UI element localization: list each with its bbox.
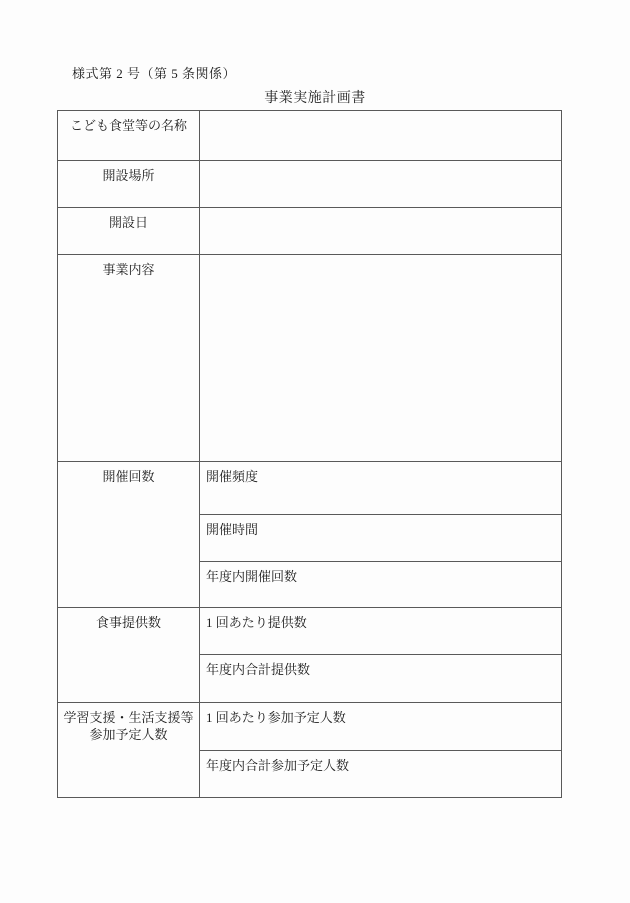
field-name-value	[200, 111, 562, 161]
sub-label-session-time: 開催時間	[200, 515, 562, 562]
sub-label-per-session-meals: 1 回あたり提供数	[200, 608, 562, 655]
form-number: 様式第 2 号（第 5 条関係）	[72, 63, 236, 82]
page-title: 事業実施計画書	[0, 87, 630, 107]
field-business-content-value	[200, 255, 562, 462]
table-row: 開設場所	[58, 161, 562, 208]
table-row: 学習支援・生活支援等 参加予定人数 1 回あたり参加予定人数	[58, 703, 562, 751]
table-row: こども食堂等の名称	[58, 111, 562, 161]
row-label-business-content: 事業内容	[58, 255, 200, 462]
row-label-name: こども食堂等の名称	[58, 111, 200, 161]
row-label-location: 開設場所	[58, 161, 200, 208]
field-location-value	[200, 161, 562, 208]
field-opening-date-value	[200, 208, 562, 255]
table-row: 事業内容	[58, 255, 562, 462]
table-row: 食事提供数 1 回あたり提供数	[58, 608, 562, 655]
table-row: 開催回数 開催頻度	[58, 462, 562, 515]
sub-label-annual-total-participants: 年度内合計参加予定人数	[200, 751, 562, 798]
sub-label-annual-sessions: 年度内開催回数	[200, 562, 562, 608]
plan-table: こども食堂等の名称 開設場所 開設日 事業内容 開催回数 開催頻度 開催時間 年…	[57, 110, 562, 798]
row-label-support-participants-line1: 学習支援・生活支援等	[61, 709, 196, 726]
row-label-opening-date: 開設日	[58, 208, 200, 255]
table-row: 開設日	[58, 208, 562, 255]
row-label-support-participants: 学習支援・生活支援等 参加予定人数	[58, 703, 200, 798]
sub-label-annual-total-meals: 年度内合計提供数	[200, 655, 562, 703]
sub-label-per-session-participants: 1 回あたり参加予定人数	[200, 703, 562, 751]
row-label-support-participants-line2: 参加予定人数	[61, 726, 196, 743]
row-label-meals-served: 食事提供数	[58, 608, 200, 703]
sub-label-frequency: 開催頻度	[200, 462, 562, 515]
document-page: 様式第 2 号（第 5 条関係） 事業実施計画書 こども食堂等の名称 開設場所 …	[0, 0, 630, 903]
row-label-session-count: 開催回数	[58, 462, 200, 608]
